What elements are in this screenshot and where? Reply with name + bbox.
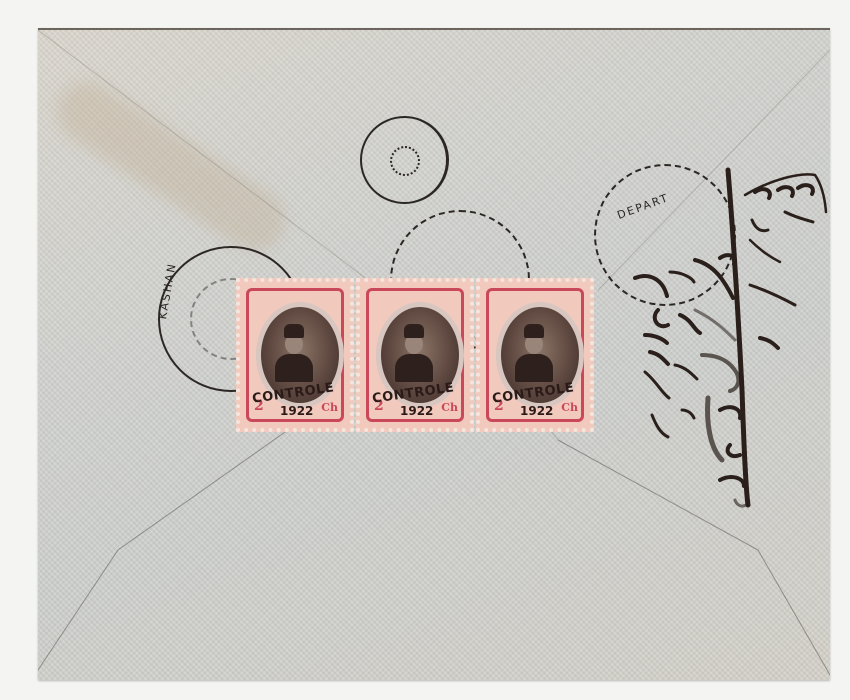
overprint-year: 1922 (400, 404, 433, 418)
top-seal-cancel-inner (390, 146, 420, 176)
shah-portrait (395, 324, 433, 384)
postage-stamp: 2 Ch CONTROLE 1922 (236, 278, 354, 432)
shah-portrait (515, 324, 553, 384)
postage-stamp: 2 Ch CONTROLE 1922 (476, 278, 594, 432)
overprint-year: 1922 (280, 404, 313, 418)
persian-handwriting (620, 160, 840, 520)
overprint-year: 1922 (520, 404, 553, 418)
shah-portrait (275, 324, 313, 384)
stamp-strip: 2 Ch CONTROLE 1922 2 Ch CONTROLE 1922 2 … (236, 278, 594, 432)
postage-stamp: 2 Ch CONTROLE 1922 (356, 278, 474, 432)
